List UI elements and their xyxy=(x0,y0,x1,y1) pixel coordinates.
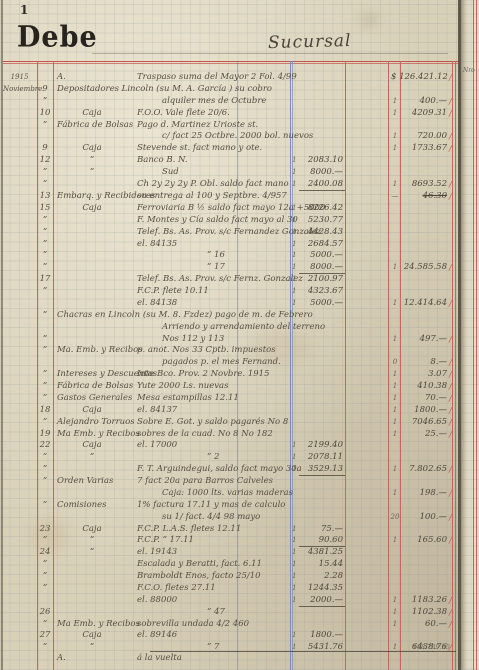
entry-right-amount: 46.30 xyxy=(391,191,447,202)
entry-right-amount: 1102.38 xyxy=(391,607,447,618)
entry-detail: el. 84137 xyxy=(137,405,177,416)
ledger-row: ”Orden Varias7 fact 20a para Barros Calv… xyxy=(0,476,459,488)
entry-account: Caja xyxy=(60,440,124,451)
entry-day: 26 xyxy=(37,607,53,618)
entry-account: Caja xyxy=(60,405,124,416)
entry-right-amount: 720.00 xyxy=(391,131,447,142)
red-tick-icon: ∕ xyxy=(449,619,455,630)
entry-account: ” xyxy=(60,167,124,178)
ledger-row: ”Ma. Emb. y Recibosp. anot. Nos 33 Cptb.… xyxy=(0,345,459,357)
entry-detail: Arriendo y arrendamiento del terreno xyxy=(162,322,325,333)
entry-day: ” xyxy=(37,262,53,273)
entry-day: ” xyxy=(37,535,53,546)
entry-detail: F.C.P. ” 17.11 xyxy=(137,535,194,546)
entry-right-amount: 400.— xyxy=(391,96,447,107)
red-tick-icon: ∕ xyxy=(449,72,455,83)
red-tick-icon: ∕ xyxy=(449,535,455,546)
entry-detail: el. 89146 xyxy=(137,630,177,641)
ledger-row: 27Cajael. 8914611800.— xyxy=(0,630,459,642)
entry-detail: Caja: 1000 lts. varias maderas xyxy=(162,488,293,499)
entry-day: ” xyxy=(37,417,53,428)
ledger-row: A.á la vuelta xyxy=(0,653,459,665)
entry-detail: Nos 112 y 113 xyxy=(162,334,224,345)
entry-mid-amount: 1244.35 xyxy=(299,583,343,594)
entry-account: Caja xyxy=(60,630,124,641)
ledger-row: ”Intereses y DescuentosInte Bco. Prov. 2… xyxy=(0,369,459,381)
entry-mid-amount: 1800.— xyxy=(299,630,343,641)
ledger-row: c/ fact 25 Octbre. 2000 bol. nuevos1720.… xyxy=(0,131,459,143)
entry-day: ” xyxy=(37,96,53,107)
ledger-row: ”F.C.P. flete 10.1114323.67 xyxy=(0,286,459,298)
red-tick-icon: ∕ xyxy=(449,488,455,499)
ledger-row: ”Alejandro TorruosSobre E. Got. y saldo … xyxy=(0,417,459,429)
entry-right-amount: 165.60 xyxy=(391,535,447,546)
entry-mid-amount: 2000.— xyxy=(299,595,343,606)
entry-day: ” xyxy=(37,227,53,238)
red-tick-icon: ∕ xyxy=(449,334,455,345)
entry-right-amount: $ 126.421.12 xyxy=(391,72,447,83)
red-tick-icon: ∕ xyxy=(449,464,455,475)
entry-day: ” xyxy=(37,120,53,131)
red-tick-icon: ∕ xyxy=(449,179,455,190)
entry-right-amount: 70.— xyxy=(391,393,447,404)
entry-account: ” xyxy=(60,642,124,653)
entry-right-amount: 198.— xyxy=(391,488,447,499)
ledger-row: 18Cajael. 8413711800.—∕ xyxy=(0,405,459,417)
entry-detail: Sud xyxy=(162,167,179,178)
entry-right-amount: 12.414.64 xyxy=(391,298,447,309)
entry-detail: Escalada y Beratti, fact. 6.11 xyxy=(137,559,262,570)
ledger-row: ””Sud18000.— xyxy=(0,167,459,179)
entry-detail: Mesa estampillas 12.11 xyxy=(137,393,239,404)
entry-mid-amount: 2684.57 xyxy=(299,239,343,250)
entry-day: ” xyxy=(37,239,53,250)
entry-day: 15 xyxy=(37,203,53,214)
entry-mid-amount: 8226.42 xyxy=(299,203,343,214)
entry-detail: Banco B. N. xyxy=(137,155,188,166)
ledger-row: ”Gastos GeneralesMesa estampillas 12.111… xyxy=(0,393,459,405)
entry-mid-amount: 3529.13 xyxy=(299,464,343,475)
entry-mid-amount: 75.— xyxy=(299,524,343,535)
entry-day: 12 xyxy=(37,155,53,166)
entry-right-amount: 100.— xyxy=(391,512,447,523)
ledger-row: ”” 1615000.— xyxy=(0,250,459,262)
entry-mid-amount: 4381.25 xyxy=(299,547,343,558)
ledger-row: ”Ch 2y 2y 2y P. Obl. saldo fact mano1240… xyxy=(0,179,459,191)
ledger-row: ”Telef. Bs. As. Prov. s/c Fernandez Gonz… xyxy=(0,227,459,239)
entry-detail: F.C.O. fletes 27.11 xyxy=(137,583,216,594)
entry-detail: el. 17000 xyxy=(137,440,177,451)
entry-day: 13 xyxy=(37,191,53,202)
entry-detail: el. 88000 xyxy=(137,595,177,606)
ledger-row: 12”Banco B. N.12083.10 xyxy=(0,155,459,167)
entry-account: ” xyxy=(60,547,124,558)
entry-account: Caja xyxy=(60,143,124,154)
red-tick-icon: ∕ xyxy=(449,143,455,154)
entry-mid-amount: 2400.08 xyxy=(299,179,343,190)
entry-account: Chacras en Lincoln (su M. 8. Fzdez) pago… xyxy=(57,310,313,321)
entry-day: 19 xyxy=(37,429,53,440)
entry-day: 24 xyxy=(37,547,53,558)
entry-detail: F. Montes y Cía saldo fact mayo al 30 xyxy=(137,215,298,226)
entry-day: ” xyxy=(37,286,53,297)
red-tick-icon: ∕ xyxy=(449,108,455,119)
entry-day: 10 xyxy=(37,108,53,119)
entry-detail: el. 84135 xyxy=(137,239,177,250)
entry-account: ” xyxy=(60,535,124,546)
entry-mid-amount: 5000.— xyxy=(299,298,343,309)
ledger-row: 10CajaF.O.O. Vale flete 20/6.14209.31∕ xyxy=(0,108,459,120)
entry-detail: F. T. Arguindegui, saldo fact mayo 30a xyxy=(137,464,302,475)
entry-detail: 7 fact 20a para Barros Calveles xyxy=(137,476,273,487)
red-tick-icon: ∕ xyxy=(449,393,455,404)
ledger-row: 1915A.Traspaso suma del Mayor 2 Fol. 4/9… xyxy=(0,72,459,84)
entry-mid-amount: 4323.67 xyxy=(299,286,343,297)
entry-account: Caja xyxy=(60,524,124,535)
entry-detail: sobrevilla undada 4/2 460 xyxy=(137,619,249,630)
entry-detail: Stevende st. fact mano y ote. xyxy=(137,143,262,154)
entry-day: ” xyxy=(37,619,53,630)
entry-account: ” xyxy=(60,155,124,166)
entry-day: 23 xyxy=(37,524,53,535)
entry-mid-amount: 2100.97 xyxy=(299,274,343,285)
entry-day: 9 xyxy=(37,143,53,154)
ledger-row: el. 8413815000.—112.414.64∕ xyxy=(0,298,459,310)
entry-month: 1915 xyxy=(3,72,36,83)
entry-detail: Bramboldt Enos, facto 25/10 xyxy=(137,571,261,582)
entry-detail: alquiler mes de Octubre xyxy=(162,96,266,107)
entry-detail: su entrega al 100 y Septbre. 4/957 xyxy=(137,191,287,202)
entry-right-amount: 60.— xyxy=(391,619,447,630)
ledger-row: 22Cajael. 1700012199.40 xyxy=(0,440,459,452)
pencil-total: 188.789.35 xyxy=(396,643,450,651)
entry-detail: F.O.O. Vale flete 20/6. xyxy=(137,108,230,119)
entry-detail: ” 2 xyxy=(207,452,219,463)
entry-detail: F.C.P. L.A.S. fletes 12.11 xyxy=(137,524,241,535)
entry-detail: el. 19143 xyxy=(137,547,177,558)
entry-detail: p. anot. Nos 33 Cptb. impuestos xyxy=(137,345,276,356)
ledger-row: ””F.C.P. ” 17.11190.601165.60∕ xyxy=(0,535,459,547)
entry-day: 22 xyxy=(37,440,53,451)
entry-detail: Telef. Bs. As. Prov. s/c Fernz. Gonzalez xyxy=(137,274,303,285)
entry-day: ” xyxy=(37,334,53,345)
red-tick-icon: ∕ xyxy=(449,131,455,142)
entry-detail: Yute 2000 Ls. nuevas xyxy=(137,381,228,392)
entry-day: ” xyxy=(37,179,53,190)
header-rule xyxy=(3,63,459,64)
entry-detail: 1% factura 17.11 y mas de calculo xyxy=(137,500,285,511)
ledger-row: ””” 212078.11 xyxy=(0,452,459,464)
entry-day: 27 xyxy=(37,630,53,641)
ledger-row: ”F. Montes y Cía saldo fact mayo al 3015… xyxy=(0,215,459,227)
entry-right-amount: 8.— xyxy=(391,357,447,368)
entry-detail: sobres de la cuad. No 8 No 182 xyxy=(137,429,273,440)
entry-detail: Pago d. Martinez Urioste st. xyxy=(137,120,258,131)
entry-mid-amount: 2078.11 xyxy=(299,452,343,463)
entry-right-amount: 7046.65 xyxy=(391,417,447,428)
entry-detail: pagados p. el mes Fernand. xyxy=(162,357,281,368)
red-tick-icon: ∕ xyxy=(449,417,455,428)
entry-day: ” xyxy=(37,215,53,226)
ledger-row: Arriendo y arrendamiento del terreno xyxy=(0,322,459,334)
entry-mid-amount: 5230.77 xyxy=(299,215,343,226)
entry-right-amount: 8693.52 xyxy=(391,179,447,190)
entry-account: Caja xyxy=(60,203,124,214)
entry-right-amount: 1800.— xyxy=(391,405,447,416)
entry-day: ” xyxy=(37,476,53,487)
entry-detail: su 1/ fact. 4/4 98 mayo xyxy=(162,512,260,523)
ledger-row: ”” 1718000.—124.585.58∕ xyxy=(0,262,459,274)
entry-mid-amount: 8000.— xyxy=(299,262,343,273)
red-tick-icon: ∕ xyxy=(449,381,455,392)
entry-right-amount: 410.38 xyxy=(391,381,447,392)
entry-mid-amount: 2.28 xyxy=(299,571,343,582)
entry-mid-amount: 15.44 xyxy=(299,559,343,570)
entry-detail: Ch 2y 2y 2y P. Obl. saldo fact mano xyxy=(137,179,289,190)
entry-mid-amount: 2199.40 xyxy=(299,440,343,451)
entry-detail: ” 17 xyxy=(207,262,225,273)
ledger-row: 9CajaStevende st. fact mano y ote.11733.… xyxy=(0,143,459,155)
ledger-row: 17Telef. Bs. As. Prov. s/c Fernz. Gonzal… xyxy=(0,274,459,286)
entry-mid-amount: 5000.— xyxy=(299,250,343,261)
ledger-row: Noviembre9Depositadores Lincoln (su M. A… xyxy=(0,84,459,96)
paper-smudge xyxy=(360,15,378,25)
page-title: Debe xyxy=(17,21,98,54)
ledger-row: ”Bramboldt Enos, facto 25/1012.28 xyxy=(0,571,459,583)
red-tick-icon: ∕ xyxy=(449,369,455,380)
ledger-page: 1 Debe Sucursal Nro 1915A.Traspaso suma … xyxy=(0,0,479,670)
column-rule xyxy=(476,0,477,670)
entry-detail: c/ fact 25 Octbre. 2000 bol. nuevos xyxy=(162,131,313,142)
entry-account: Caja xyxy=(60,108,124,119)
ledger-row: pagados p. el mes Fernand.08.—∕ xyxy=(0,357,459,369)
entry-detail: Sobre E. Got. y saldo pagarés No 8 xyxy=(137,417,288,428)
red-tick-icon: ∕ xyxy=(449,512,455,523)
entry-day: ” xyxy=(37,464,53,475)
entry-right-amount: 7.802.65 xyxy=(391,464,447,475)
red-tick-icon: ∕ xyxy=(449,595,455,606)
ledger-row: Caja: 1000 lts. varias maderas1198.—∕ xyxy=(0,488,459,500)
ledger-row: ”F. T. Arguindegui, saldo fact mayo 30a1… xyxy=(0,464,459,476)
entry-mid-amount: 8000.— xyxy=(299,167,343,178)
entry-detail: Traspaso suma del Mayor 2 Fol. 4/99 xyxy=(137,72,297,83)
column-rule xyxy=(473,0,474,670)
red-tick-icon: ∕ xyxy=(449,607,455,618)
red-tick-icon: ∕ xyxy=(449,191,455,202)
entry-day: 18 xyxy=(37,405,53,416)
ledger-row: ”alquiler mes de Octubre1400.—∕ xyxy=(0,96,459,108)
entry-day: ” xyxy=(37,583,53,594)
entry-day: ” xyxy=(37,345,53,356)
entry-right-amount: 1733.67 xyxy=(391,143,447,154)
entry-day: ” xyxy=(37,559,53,570)
entry-day: ” xyxy=(37,393,53,404)
red-tick-icon: ∕ xyxy=(449,405,455,416)
entry-right-amount: 25.— xyxy=(391,429,447,440)
entry-day: ” xyxy=(37,310,53,321)
red-tick-icon: ∕ xyxy=(449,357,455,368)
entry-detail: á la vuelta xyxy=(137,653,182,664)
ledger-row: su 1/ fact. 4/4 98 mayo20100.—∕ xyxy=(0,512,459,524)
entry-detail: ” 16 xyxy=(207,250,225,261)
entry-mid-amount: 2083.10 xyxy=(299,155,343,166)
entry-right-amount: 4209.31 xyxy=(391,108,447,119)
next-page-edge xyxy=(461,0,479,670)
ledger-row: ”Escalada y Beratti, fact. 6.11115.44 xyxy=(0,559,459,571)
entry-day: ” xyxy=(37,250,53,261)
entry-day: ” xyxy=(37,571,53,582)
page-number: 1 xyxy=(20,3,28,17)
branch-heading: Sucursal xyxy=(268,31,352,53)
ledger-row: ”F.C.O. fletes 27.1111244.35 xyxy=(0,583,459,595)
red-tick-icon: ∕ xyxy=(449,96,455,107)
red-tick-icon: ∕ xyxy=(449,298,455,309)
entry-detail: Inte Bco. Prov. 2 Novbre. 1915 xyxy=(137,369,270,380)
entry-right-amount: 1183.26 xyxy=(391,595,447,606)
heading-underline xyxy=(92,53,448,54)
entry-day: ” xyxy=(37,167,53,178)
entry-account: A. xyxy=(57,653,205,664)
ledger-row: 15CajaFerroviaria B ½ saldo fact mayo 12… xyxy=(0,203,459,215)
ledger-row: el. 8800012000.—11183.26∕ xyxy=(0,595,459,607)
entry-detail: el. 84138 xyxy=(137,298,177,309)
ledger-row: 24”el. 1914314381.25 xyxy=(0,547,459,559)
entry-day: 17 xyxy=(37,274,53,285)
ledger-row: 13Embarq. y Recibidoressu entrega al 100… xyxy=(0,191,459,203)
ledger-row: ”Chacras en Lincoln (su M. 8. Fzdez) pag… xyxy=(0,310,459,322)
facing-page-text: Nro xyxy=(463,67,475,74)
red-tick-icon: ∕ xyxy=(449,429,455,440)
entry-day: ” xyxy=(37,500,53,511)
entry-mid-amount: 90.60 xyxy=(299,535,343,546)
entry-right-amount: 24.585.58 xyxy=(391,262,447,273)
entry-detail: F.C.P. flete 10.11 xyxy=(137,286,209,297)
red-tick-icon: ∕ xyxy=(449,262,455,273)
entry-day: 9 xyxy=(37,84,53,95)
ledger-row: 26” 4711102.38∕ xyxy=(0,607,459,619)
entry-day: ” xyxy=(37,369,53,380)
grand-total-rule xyxy=(150,651,456,652)
entry-detail: ” 47 xyxy=(207,607,225,618)
entry-right-amount: 3.07 xyxy=(391,369,447,380)
entry-day: ” xyxy=(37,381,53,392)
entry-day: ” xyxy=(37,642,53,653)
header-rule xyxy=(3,61,459,62)
entry-account: ” xyxy=(60,452,124,463)
entry-month: Noviembre xyxy=(3,84,36,95)
ledger-row: ”Comisiones1% factura 17.11 y mas de cal… xyxy=(0,500,459,512)
entry-account: Depositadores Lincoln (su M. A. García )… xyxy=(57,84,272,95)
entry-mid-amount: 4428.43 xyxy=(299,227,343,238)
ledger-row: ”Fábrica de BolsasYute 2000 Ls. nuevas14… xyxy=(0,381,459,393)
entry-day: ” xyxy=(37,452,53,463)
entry-right-amount: 497.— xyxy=(391,334,447,345)
